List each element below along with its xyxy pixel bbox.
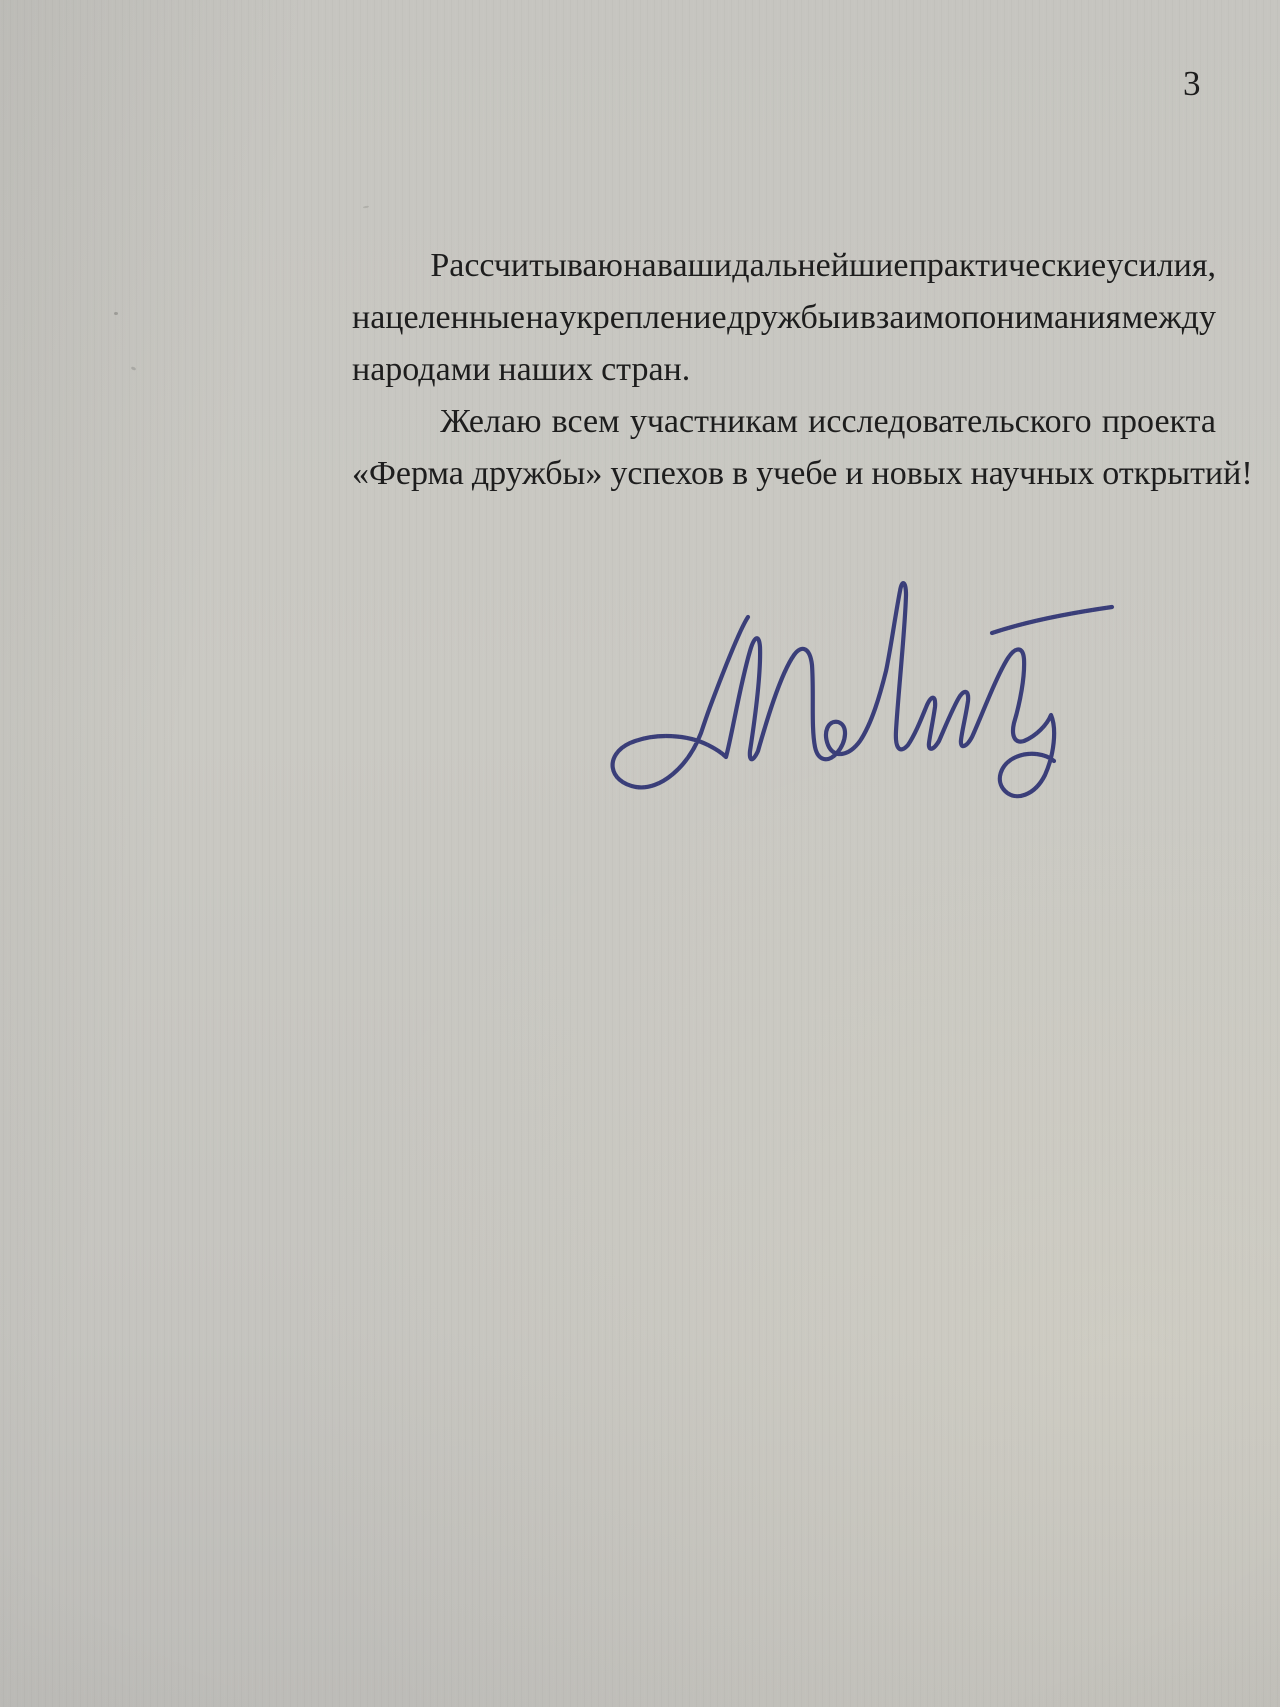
paragraph-1: Рассчитываюнавашидальнейшиепрактическиеу…	[352, 240, 1216, 396]
word: учебе	[756, 448, 837, 500]
paper-speck	[131, 366, 137, 371]
page-number: 3	[1183, 64, 1201, 104]
word: успехов	[610, 448, 724, 500]
word: в	[732, 448, 748, 500]
word: на	[623, 240, 656, 292]
word: научных	[971, 448, 1095, 500]
word: участникам	[630, 396, 798, 448]
handwritten-signature	[560, 555, 1140, 845]
document-page: 3 Рассчитываюнавашидальнейшиепрактически…	[0, 0, 1280, 1707]
text-line: народаминашихстран.	[352, 344, 1216, 396]
word: всем	[552, 396, 620, 448]
word: Рассчитываю	[430, 240, 623, 292]
word: народами	[352, 344, 490, 396]
word: ваши	[657, 240, 732, 292]
word: дружбы	[727, 292, 841, 344]
word: между	[1122, 292, 1216, 344]
word: взаимопонимания	[860, 292, 1121, 344]
signature-main-stroke	[613, 583, 1055, 796]
text-line: «Фермадружбы»успеховвучебеиновыхнаучныхо…	[352, 448, 1216, 500]
word: практические	[909, 240, 1106, 292]
word: новых	[872, 448, 963, 500]
signature-dash-stroke	[992, 607, 1112, 633]
word: дальнейшие	[732, 240, 908, 292]
word: усилия,	[1106, 240, 1216, 292]
letter-body: Рассчитываюнавашидальнейшиепрактическиеу…	[352, 240, 1216, 500]
paragraph-2: Желаювсемучастникамисследовательскогопро…	[352, 396, 1216, 500]
word: «Ферма	[352, 448, 464, 500]
word: Желаю	[440, 396, 541, 448]
text-line: Желаювсемучастникамисследовательскогопро…	[352, 396, 1216, 448]
paper-speck	[363, 205, 369, 208]
text-line: нацеленныенаукреплениедружбыивзаимопоним…	[352, 292, 1216, 344]
word: укрепление	[559, 292, 726, 344]
word: стран.	[601, 344, 690, 396]
word: и	[841, 292, 859, 344]
word: наших	[498, 344, 593, 396]
word: на	[525, 292, 558, 344]
word: дружбы»	[472, 448, 603, 500]
paper-speck	[114, 312, 118, 315]
word: проекта	[1102, 396, 1216, 448]
word: открытий!	[1102, 448, 1252, 500]
text-line: Рассчитываюнавашидальнейшиепрактическиеу…	[352, 240, 1216, 292]
word: и	[845, 448, 863, 500]
word: нацеленные	[352, 292, 525, 344]
word: исследовательского	[808, 396, 1092, 448]
